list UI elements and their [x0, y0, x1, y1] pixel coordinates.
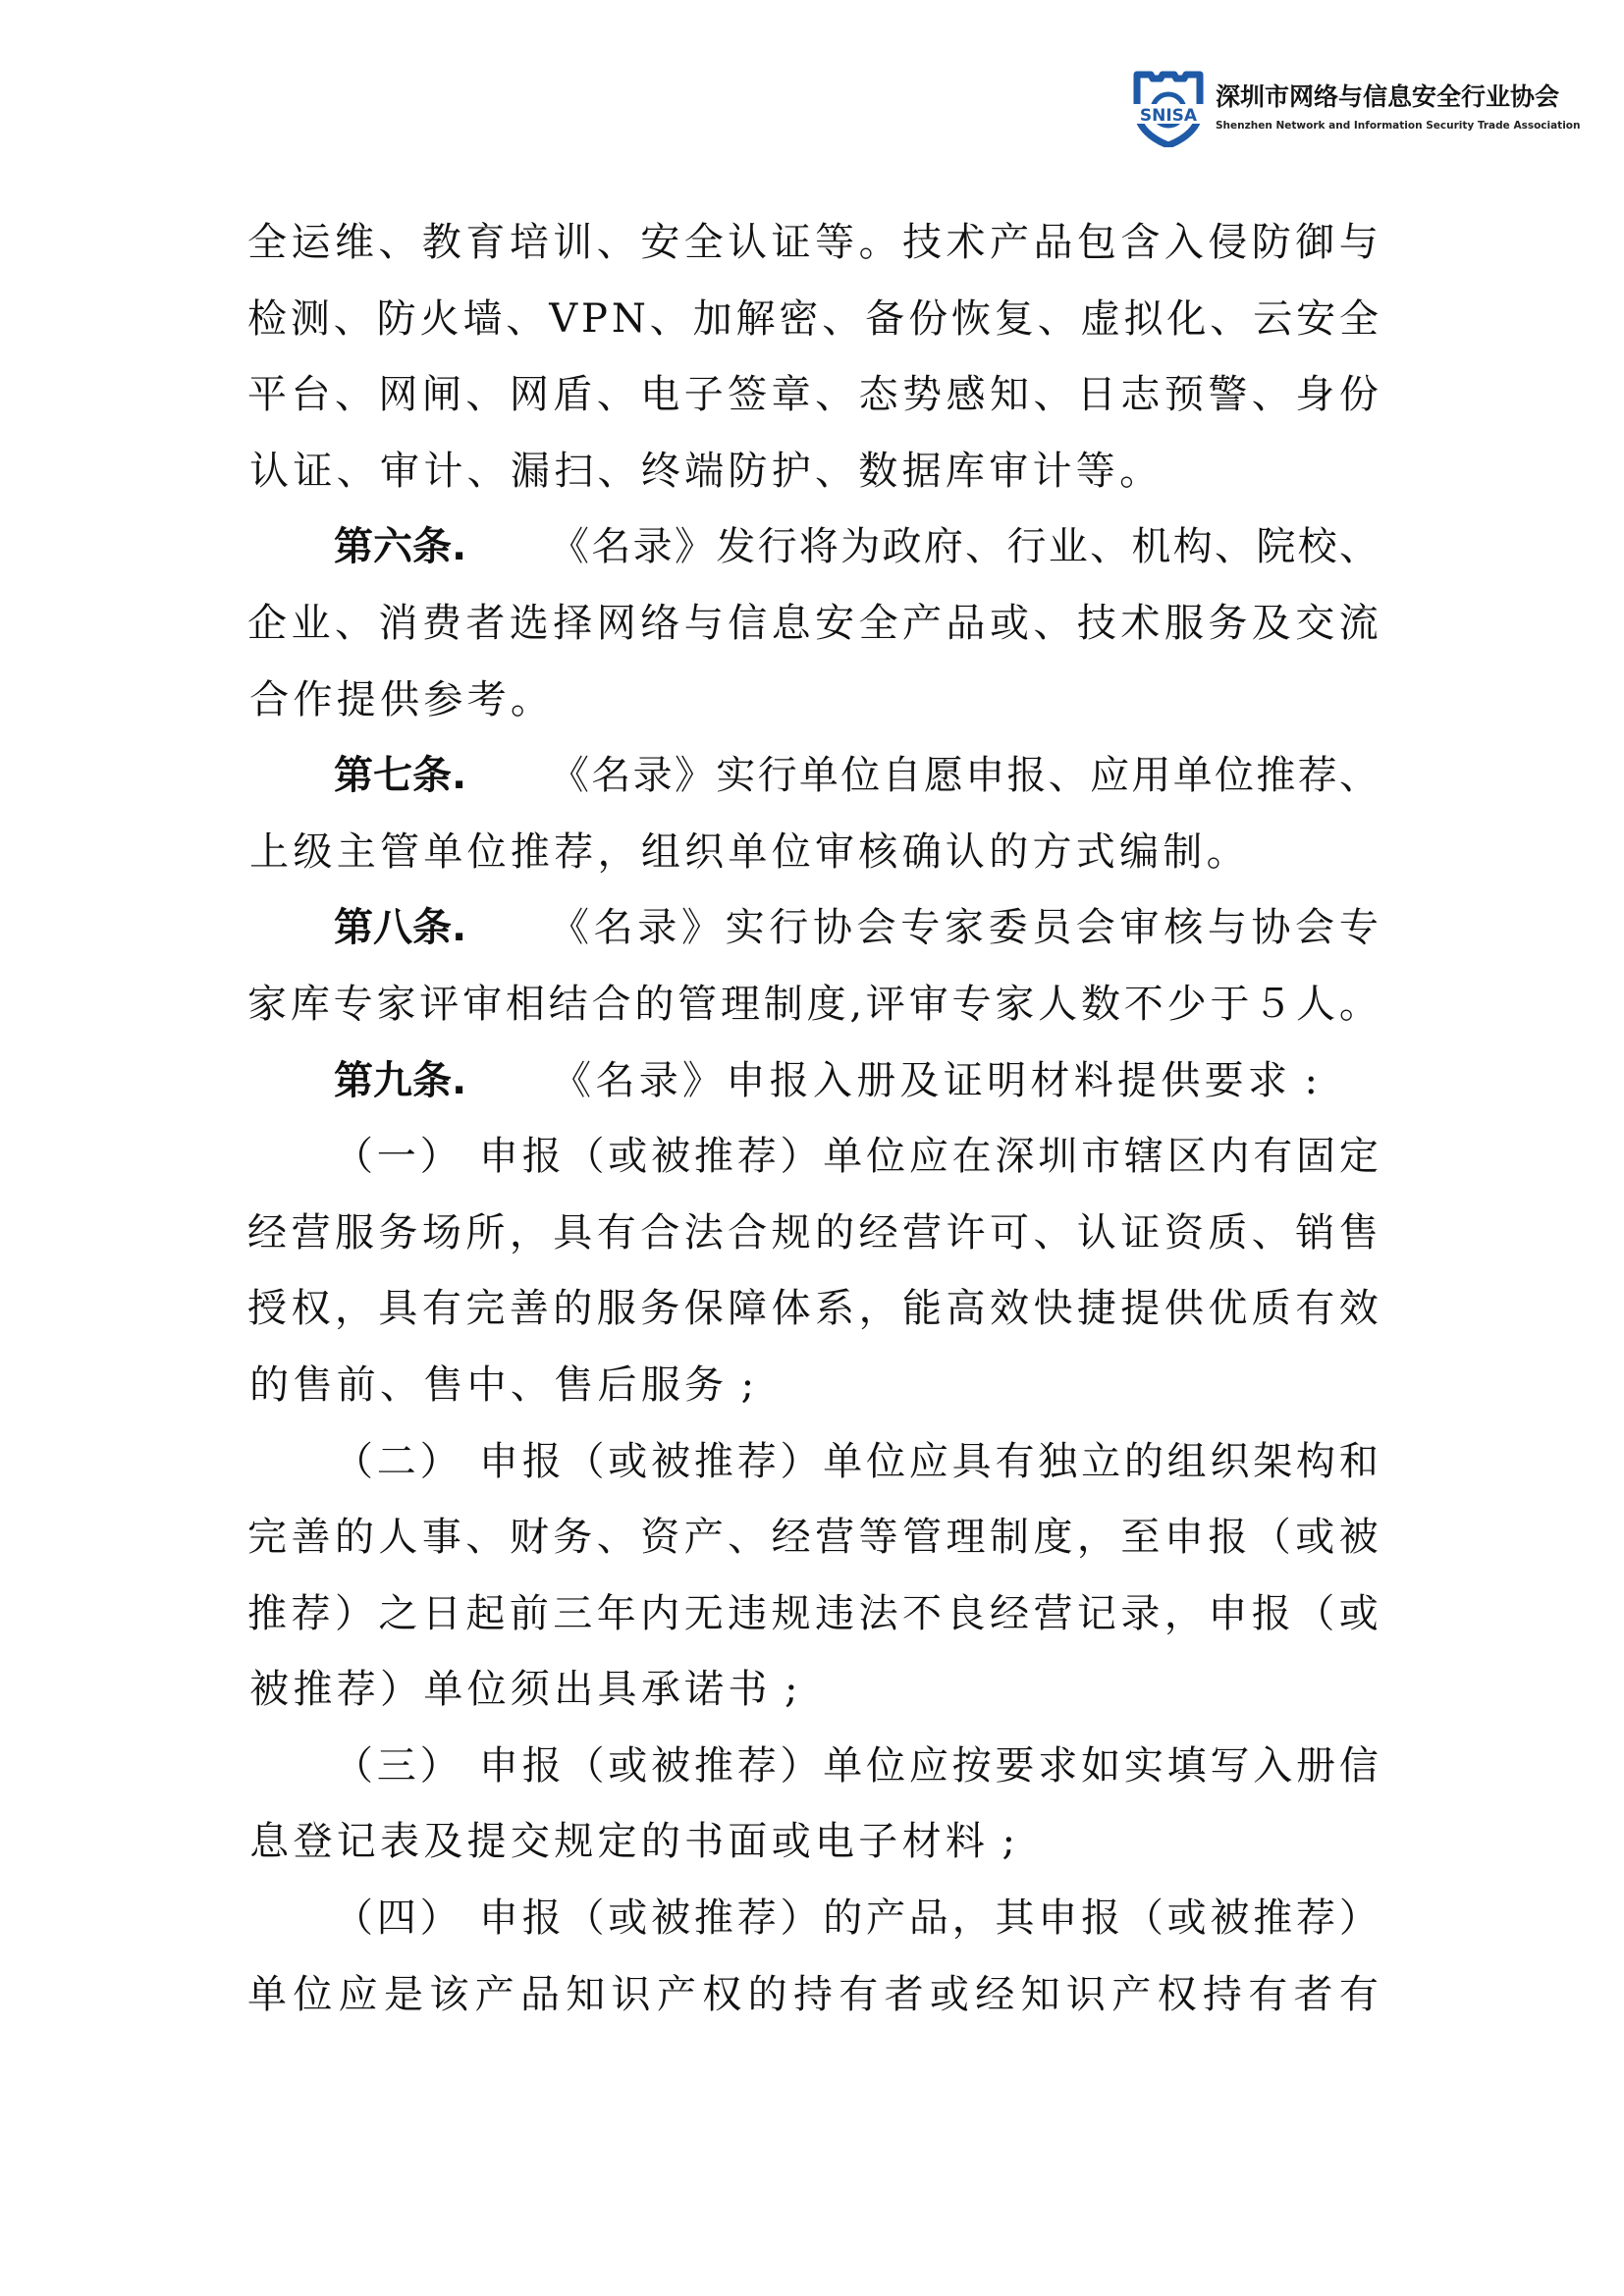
- line-text: （一） 申报（或被推荐）单位应在深圳市辖区内有固定: [334, 1128, 1379, 1185]
- paragraph-line: 企业、消费者选择网络与信息安全产品或、技术服务及交流: [247, 595, 1379, 671]
- paragraph-line: 检测、防火墙、VPN、加解密、备份恢复、虚拟化、云安全: [247, 291, 1379, 367]
- line-text: 经营服务场所，具有合法合规的经营许可、认证资质、销售: [247, 1204, 1379, 1261]
- line-text: 《名录》实行协会专家委员会审核与协会专: [550, 899, 1379, 956]
- article-label: 第七条.: [334, 747, 481, 804]
- paragraph-line: 平台、网闸、网盾、电子签章、态势感知、日志预警、身份: [247, 366, 1379, 443]
- article-heading-line: 第九条.《名录》申报入册及证明材料提供要求:: [247, 1052, 1379, 1129]
- line-text: 检测、防火墙、VPN、加解密、备份恢复、虚拟化、云安全: [247, 291, 1379, 347]
- paragraph-line: （二） 申报（或被推荐）单位应具有独立的组织架构和: [247, 1433, 1379, 1510]
- paragraph-line: （四） 申报（或被推荐）的产品，其申报（或被推荐）: [247, 1890, 1379, 1966]
- paragraph-line: （一） 申报（或被推荐）单位应在深圳市辖区内有固定: [247, 1128, 1379, 1204]
- shield-logo-icon: SNISA: [1131, 69, 1206, 147]
- line-text: 推荐）之日起前三年内无违规违法不良经营记录，申报（或: [247, 1585, 1379, 1642]
- line-text: 上级主管单位推荐，组织单位审核确认的方式编制。: [247, 824, 1379, 881]
- line-text: 单位应是该产品知识产权的持有者或经知识产权持有者有: [247, 1966, 1379, 2023]
- line-text: （三） 申报（或被推荐）单位应按要求如实填写入册信: [334, 1737, 1379, 1794]
- article-label: 第八条.: [334, 899, 481, 956]
- article-heading-line: 第七条.《名录》实行单位自愿申报、应用单位推荐、: [247, 747, 1379, 824]
- article-heading-line: 第八条.《名录》实行协会专家委员会审核与协会专: [247, 899, 1379, 976]
- article-label: 第六条.: [334, 518, 481, 575]
- org-name-en: Shenzhen Network and Information Securit…: [1216, 118, 1581, 133]
- line-text: 平台、网闸、网盾、电子签章、态势感知、日志预警、身份: [247, 366, 1379, 423]
- paragraph-line: 单位应是该产品知识产权的持有者或经知识产权持有者有: [247, 1966, 1379, 2043]
- paragraph-line: 息登记表及提交规定的书面或电子材料;: [247, 1813, 1379, 1890]
- line-text: 家库专家评审相结合的管理制度,评审专家人数不少于５人。: [247, 976, 1379, 1033]
- paragraph-line: 被推荐）单位须出具承诺书;: [247, 1661, 1379, 1737]
- line-text: （二） 申报（或被推荐）单位应具有独立的组织架构和: [334, 1433, 1379, 1490]
- line-text: （四） 申报（或被推荐）的产品，其申报（或被推荐）: [334, 1890, 1379, 1947]
- org-name-cn: 深圳市网络与信息安全行业协会: [1216, 82, 1581, 112]
- line-text: 授权，具有完善的服务保障体系，能高效快捷提供优质有效: [247, 1280, 1379, 1337]
- article-label: 第九条.: [334, 1052, 481, 1109]
- paragraph-line: 推荐）之日起前三年内无违规违法不良经营记录，申报（或: [247, 1585, 1379, 1662]
- paragraph-line: 上级主管单位推荐，组织单位审核确认的方式编制。: [247, 824, 1379, 900]
- org-logo: SNISA 深圳市网络与信息安全行业协会 Shenzhen Network an…: [1131, 67, 1593, 149]
- article-heading-line: 第六条.《名录》发行将为政府、行业、机构、院校、: [247, 518, 1379, 595]
- paragraph-line: 经营服务场所，具有合法合规的经营许可、认证资质、销售: [247, 1204, 1379, 1281]
- line-text: 息登记表及提交规定的书面或电子材料;: [247, 1813, 1379, 1870]
- line-text: 《名录》发行将为政府、行业、机构、院校、: [550, 518, 1379, 575]
- paragraph-line: （三） 申报（或被推荐）单位应按要求如实填写入册信: [247, 1737, 1379, 1814]
- line-text: 《名录》申报入册及证明材料提供要求:: [550, 1052, 1379, 1109]
- line-text: 企业、消费者选择网络与信息安全产品或、技术服务及交流: [247, 595, 1379, 652]
- line-text: 《名录》实行单位自愿申报、应用单位推荐、: [550, 747, 1379, 804]
- paragraph-line: 完善的人事、财务、资产、经营等管理制度，至申报（或被: [247, 1509, 1379, 1585]
- line-text: 认证、审计、漏扫、终端防护、数据库审计等。: [247, 443, 1379, 500]
- paragraph-line: 家库专家评审相结合的管理制度,评审专家人数不少于５人。: [247, 976, 1379, 1052]
- paragraph-line: 的售前、售中、售后服务;: [247, 1357, 1379, 1433]
- line-text: 全运维、教育培训、安全认证等。技术产品包含入侵防御与: [247, 214, 1379, 271]
- line-text: 完善的人事、财务、资产、经营等管理制度，至申报（或被: [247, 1509, 1379, 1566]
- line-text: 被推荐）单位须出具承诺书;: [247, 1661, 1379, 1718]
- line-text: 合作提供参考。: [247, 671, 1379, 728]
- paragraph-line: 全运维、教育培训、安全认证等。技术产品包含入侵防御与: [247, 214, 1379, 291]
- line-text: 的售前、售中、售后服务;: [247, 1357, 1379, 1414]
- paragraph-line: 合作提供参考。: [247, 671, 1379, 748]
- svg-text:SNISA: SNISA: [1140, 106, 1198, 126]
- paragraph-line: 认证、审计、漏扫、终端防护、数据库审计等。: [247, 443, 1379, 519]
- paragraph-line: 授权，具有完善的服务保障体系，能高效快捷提供优质有效: [247, 1280, 1379, 1357]
- document-body: 全运维、教育培训、安全认证等。技术产品包含入侵防御与检测、防火墙、VPN、加解密…: [247, 214, 1379, 2042]
